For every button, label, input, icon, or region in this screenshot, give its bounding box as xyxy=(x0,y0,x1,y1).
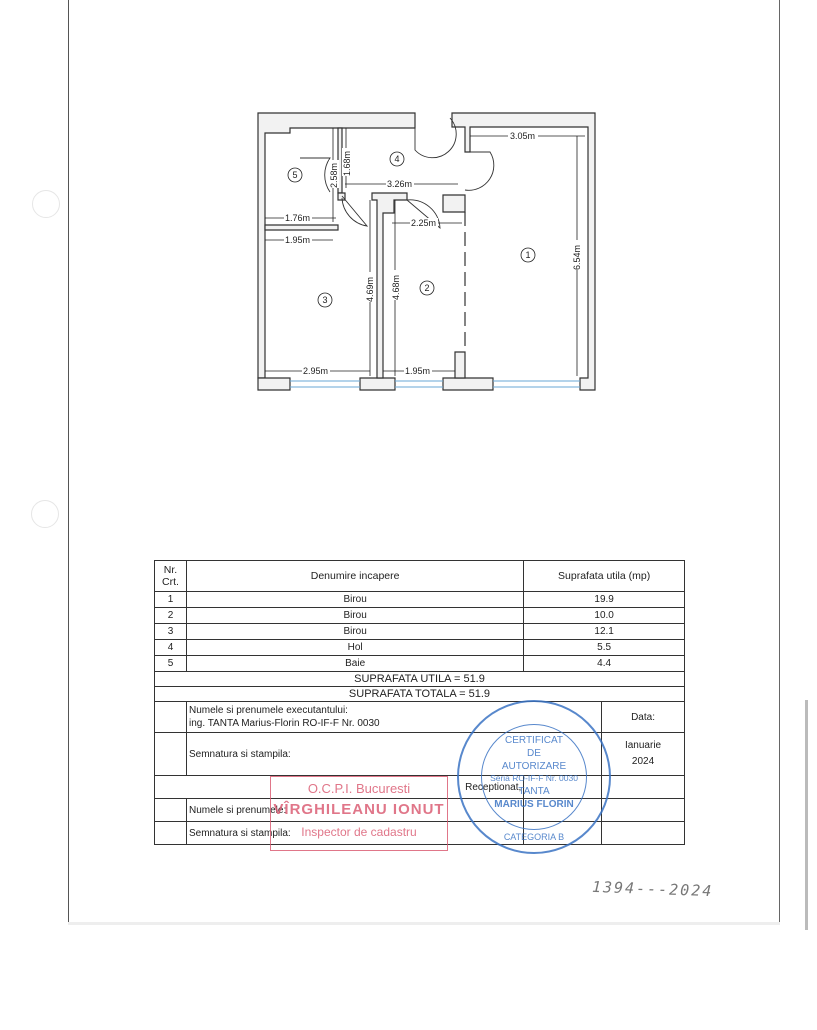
total-useful: SUPRAFATA UTILA = 51.9 xyxy=(155,672,685,687)
page-bottom-edge xyxy=(68,922,780,925)
executor-name: ing. TANTA Marius-Florin RO-IF-F Nr. 003… xyxy=(189,718,380,729)
ocpi-stamp-line3: Inspector de cadastru xyxy=(271,825,447,839)
table-row: 5 Baie 4.4 xyxy=(155,656,685,672)
header-area: Suprafata utila (mp) xyxy=(524,561,685,592)
row-nr: 1 xyxy=(155,592,187,608)
dim-3-width-bottom: 2.95m xyxy=(303,366,328,376)
blank-cell xyxy=(602,822,685,845)
room-2-label: 2 xyxy=(424,283,429,293)
blank-cell xyxy=(155,702,187,733)
dim-4-height: 1.68m xyxy=(342,151,352,176)
row-area: 4.4 xyxy=(524,656,685,672)
executor-label: Numele si prenumele executantului: xyxy=(189,705,348,716)
authorization-stamp: CERTIFICAT DE AUTORIZARE Seria RO-IF-F N… xyxy=(457,700,611,854)
stamp-line6: MARIUS FLORIN xyxy=(459,799,609,810)
punch-hole xyxy=(31,500,59,528)
row-nr: 4 xyxy=(155,640,187,656)
row-nr: 3 xyxy=(155,624,187,640)
page-edge xyxy=(805,700,808,930)
date-label: Data: xyxy=(602,702,685,733)
ocpi-stamp: O.C.P.I. Bucuresti VÎRGHILEANU IONUT Ins… xyxy=(270,776,448,851)
row-nr: 2 xyxy=(155,608,187,624)
table-row: 3 Birou 12.1 xyxy=(155,624,685,640)
blank-cell xyxy=(155,799,187,822)
stamp-bottom: CATEGORIA B xyxy=(459,832,609,842)
stamp-line2: DE xyxy=(459,748,609,759)
row-area: 10.0 xyxy=(524,608,685,624)
stamp-line1: CERTIFICAT xyxy=(459,735,609,746)
row-name: Hol xyxy=(186,640,523,656)
row-area: 5.5 xyxy=(524,640,685,656)
ocpi-stamp-line1: O.C.P.I. Bucuresti xyxy=(271,781,447,796)
room-3-label: 3 xyxy=(322,295,327,305)
dim-1-width: 3.05m xyxy=(510,131,535,141)
dim-3-height: 4.69m xyxy=(365,277,375,302)
blank-cell xyxy=(602,799,685,822)
blank-cell xyxy=(155,822,187,845)
dim-1-height: 6.54m xyxy=(572,245,582,270)
dim-2-height: 4.68m xyxy=(391,275,401,300)
dim-2-width-top: 2.25m xyxy=(411,218,436,228)
row-name: Baie xyxy=(186,656,523,672)
date-month: Ianuarie xyxy=(625,740,661,751)
room-1-label: 1 xyxy=(525,250,530,260)
stamp-line3: AUTORIZARE xyxy=(459,761,609,772)
row-name: Birou xyxy=(186,624,523,640)
row-name: Birou xyxy=(186,608,523,624)
row-name: Birou xyxy=(186,592,523,608)
row-area: 12.1 xyxy=(524,624,685,640)
dim-3-width-top: 1.95m xyxy=(285,235,310,245)
row-nr: 5 xyxy=(155,656,187,672)
blank-cell xyxy=(155,733,187,776)
header-name: Denumire incapere xyxy=(186,561,523,592)
serial-number: 1394---2024 xyxy=(592,878,714,900)
table-row: 2 Birou 10.0 xyxy=(155,608,685,624)
date-year: 2024 xyxy=(632,756,654,767)
dim-5-width: 1.76m xyxy=(285,213,310,223)
room-4-label: 4 xyxy=(394,154,399,164)
floor-plan: 3.05m 6.54m 2.25m 4.68m 1.95m 1.95m 4.69… xyxy=(0,0,817,420)
dim-4-width: 3.26m xyxy=(387,179,412,189)
blank-cell xyxy=(602,776,685,799)
table-row: 4 Hol 5.5 xyxy=(155,640,685,656)
row-area: 19.9 xyxy=(524,592,685,608)
stamp-line5: TANTA xyxy=(459,786,609,797)
dim-5-height: 2.58m xyxy=(329,163,339,188)
stamp-line4: Seria RO-IF-F Nr. 0030 xyxy=(459,773,609,783)
ocpi-stamp-line2: VÎRGHILEANU IONUT xyxy=(271,801,447,818)
dim-2-width-bottom: 1.95m xyxy=(405,366,430,376)
total-overall: SUPRAFATA TOTALA = 51.9 xyxy=(155,687,685,702)
table-row: 1 Birou 19.9 xyxy=(155,592,685,608)
room-5-label: 5 xyxy=(292,170,297,180)
header-nr: Nr. Crt. xyxy=(155,561,187,592)
